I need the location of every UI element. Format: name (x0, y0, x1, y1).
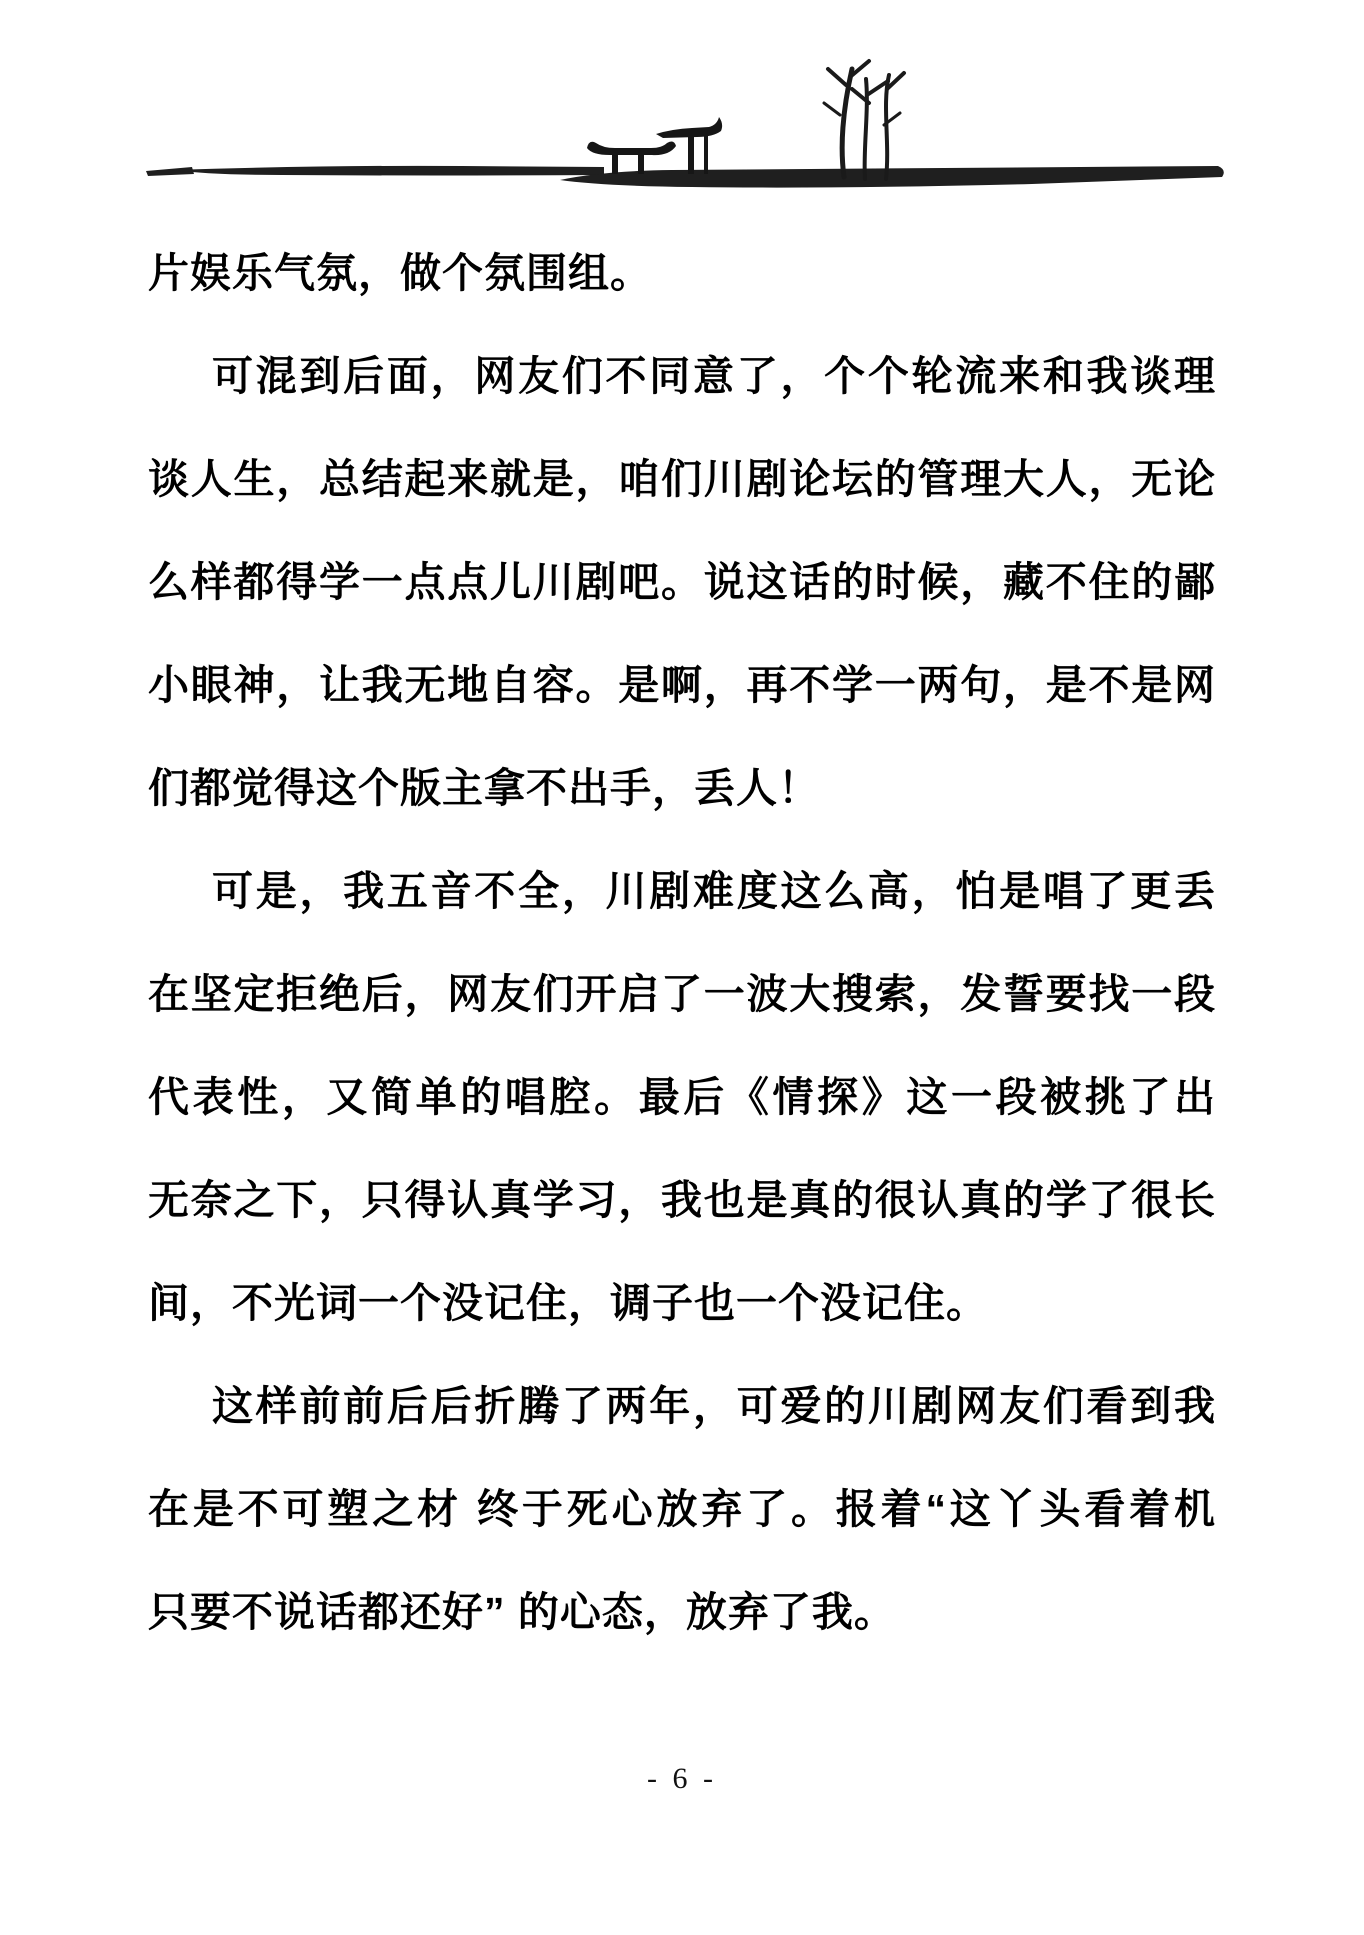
text-line: 代表性，又简单的唱腔。最后《情探》这一段被挑了出来。 (148, 1046, 1216, 1149)
text-line: 谈人生，总结起来就是，咱们川剧论坛的管理大人，无论怎 (148, 428, 1216, 531)
text-line: 可是，我五音不全，川剧难度这么高，怕是唱了更丢人。 (148, 840, 1216, 943)
text-line: 片娱乐气氛，做个氛围组。 (148, 222, 1216, 325)
shoreline-stroke-icon (146, 166, 1224, 188)
text-line: 在是不可塑之材 终于死心放弃了。报着“这丫头看着机灵， (148, 1458, 1216, 1561)
text-line: 只要不说话都还好” 的心态，放弃了我。 (148, 1561, 1216, 1664)
text-line: 们都觉得这个版主拿不出手，丢人！ (148, 737, 1216, 840)
text-line: 可混到后面，网友们不同意了，个个轮流来和我谈理想 (148, 325, 1216, 428)
text-line: 这样前前后后折腾了两年，可爱的川剧网友们看到我实 (148, 1355, 1216, 1458)
ink-landscape-decoration (132, 55, 1232, 195)
text-line: 小眼神，让我无地自容。是啊，再不学一两句，是不是网友 (148, 634, 1216, 737)
document-page: 片娱乐气氛，做个氛围组。 可混到后面，网友们不同意了，个个轮流来和我谈理想 谈人… (0, 0, 1364, 1935)
text-line: 么样都得学一点点儿川剧吧。说这话的时候，藏不住的鄙视 (148, 531, 1216, 634)
body-text: 片娱乐气氛，做个氛围组。 可混到后面，网友们不同意了，个个轮流来和我谈理想 谈人… (148, 222, 1216, 1664)
text-line: 间，不光词一个没记住，调子也一个没记住。 (148, 1252, 1216, 1355)
pavilion-icon (587, 117, 722, 174)
bamboo-icon (824, 61, 904, 179)
page-number: - 6 - (0, 1762, 1364, 1796)
text-line: 在坚定拒绝后，网友们开启了一波大搜索，发誓要找一段有 (148, 943, 1216, 1046)
text-line: 无奈之下，只得认真学习，我也是真的很认真的学了很长时 (148, 1149, 1216, 1252)
